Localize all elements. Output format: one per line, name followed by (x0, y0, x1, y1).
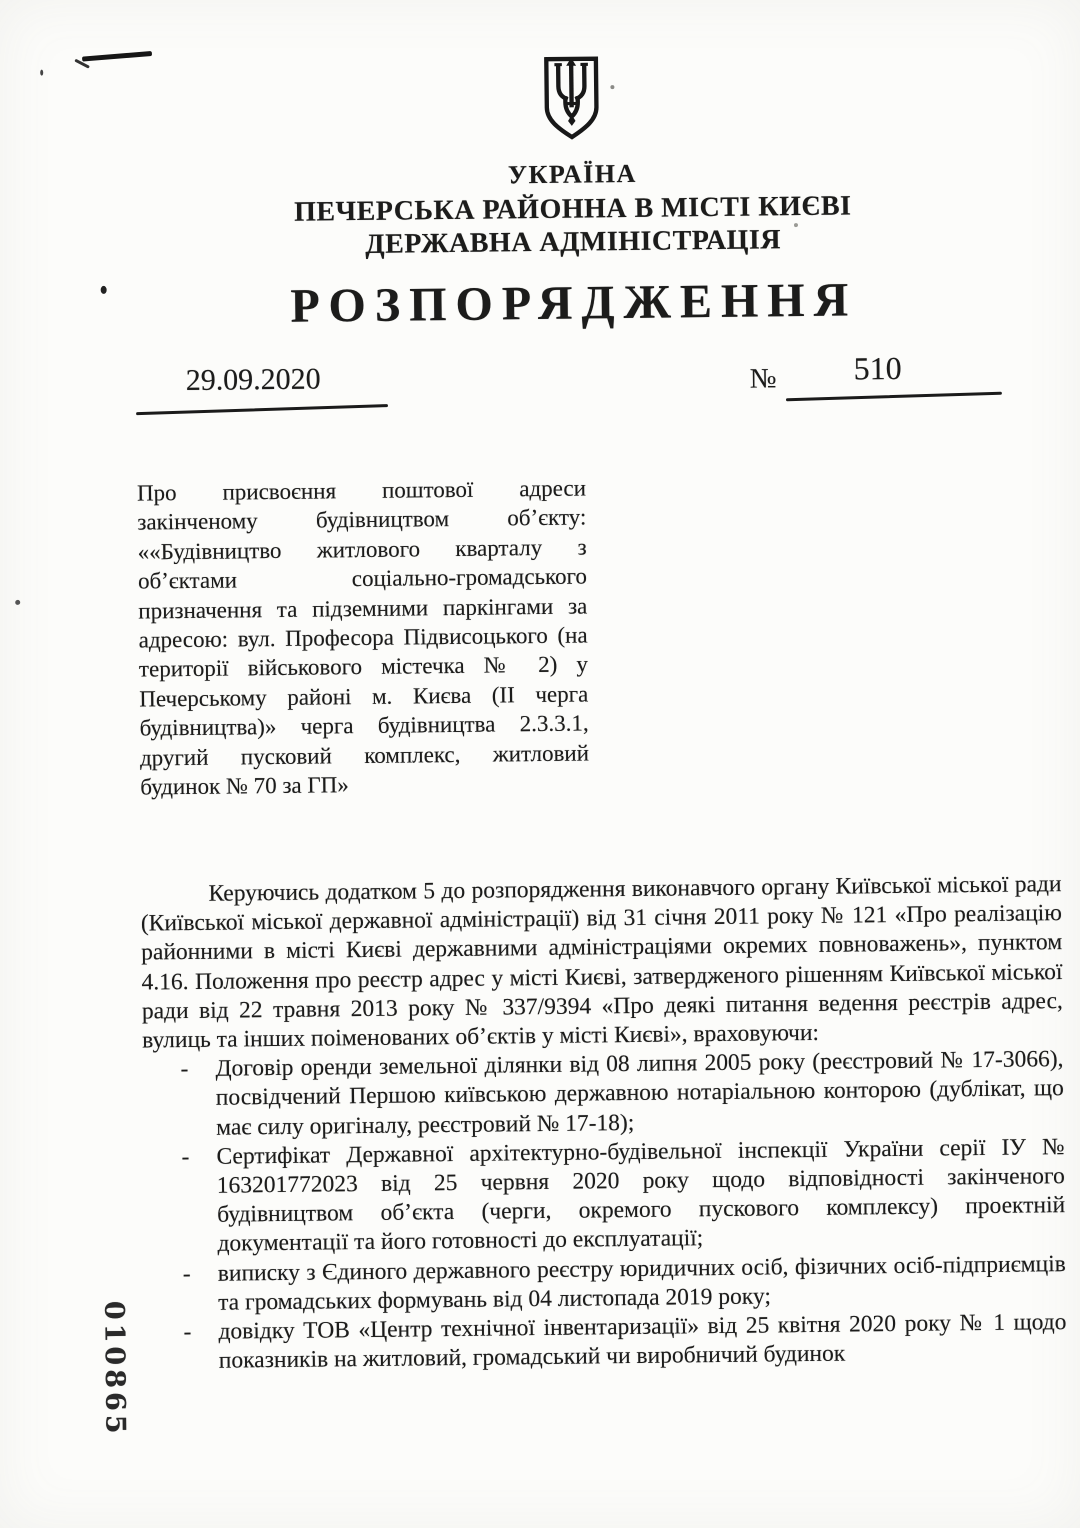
body-text: Керуючись додатком 5 до розпорядження ви… (140, 870, 1067, 1377)
scan-artifact-dot (101, 286, 107, 294)
number-underline (786, 392, 1002, 401)
inventory-stamp-number: 010865 (98, 1301, 131, 1438)
list-item: - Сертифікат Державної архітектурно-буді… (143, 1133, 1065, 1260)
number-sign: № (750, 363, 777, 395)
list-item-text: виписку з Єдиного державного реєстру юри… (218, 1250, 1067, 1318)
country-name: УКРАЇНА (112, 154, 1032, 194)
list-item-text: Договір оренди земельної ділянки від 08 … (215, 1045, 1064, 1142)
list-item-text: Сертифікат Державної архітектурно-будіве… (216, 1133, 1065, 1259)
ukraine-trident-icon (540, 51, 603, 146)
document-date: 29.09.2020 (186, 362, 321, 398)
date-underline (136, 404, 388, 415)
list-item-dash: - (145, 1259, 219, 1318)
scan-artifact-dot (15, 600, 20, 605)
scan-artifact-dot (610, 85, 614, 89)
scanned-sheet: УКРАЇНА ПЕЧЕРСЬКА РАЙОННА В МІСТІ КИЄВІ … (0, 0, 1080, 1528)
list-item: - довідку ТОВ «Центр технічної інвентари… (145, 1308, 1067, 1377)
scan-artifact-dot (40, 70, 43, 76)
list-item: - виписку з Єдиного державного реєстру ю… (145, 1250, 1067, 1319)
body-intro-paragraph: Керуючись додатком 5 до розпорядження ви… (140, 870, 1063, 1056)
subject-paragraph: Про присвоєння поштової адреси закінчено… (137, 473, 590, 802)
list-item-dash: - (145, 1318, 219, 1377)
document-type-title: РОЗПОРЯДЖЕННЯ (114, 270, 1035, 335)
list-item-text: довідку ТОВ «Центр технічної інвентариза… (218, 1308, 1067, 1376)
considerations-list: - Договір оренди земельної ділянки від 0… (142, 1045, 1067, 1377)
list-item: - Договір оренди земельної ділянки від 0… (142, 1045, 1064, 1143)
document-page: УКРАЇНА ПЕЧЕРСЬКА РАЙОННА В МІСТІ КИЄВІ … (0, 0, 1080, 1528)
list-item-dash: - (142, 1055, 216, 1143)
scan-artifact-dash (82, 51, 152, 62)
document-number: 510 (787, 349, 967, 388)
list-item-dash: - (143, 1143, 217, 1261)
